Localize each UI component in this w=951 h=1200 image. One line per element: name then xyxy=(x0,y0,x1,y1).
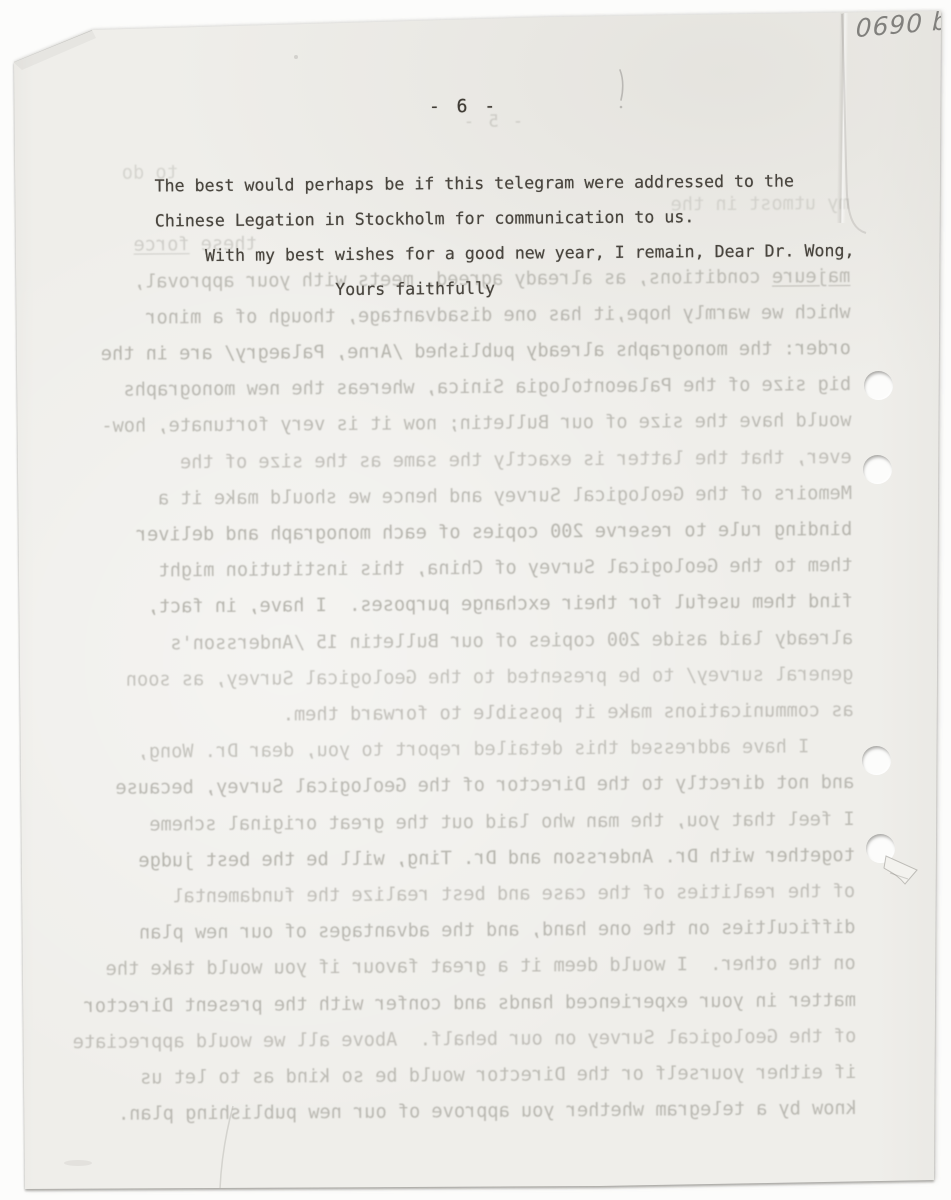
speck xyxy=(756,3,759,6)
text-line: Yours faithfully xyxy=(155,268,855,308)
page-content: - 5 - to domy utmost in the these forcem… xyxy=(0,0,951,1200)
scanned-document-background: - 5 - to domy utmost in the these forcem… xyxy=(0,0,951,1200)
paper-shadow: - 5 - to domy utmost in the these forcem… xyxy=(0,0,951,1200)
text-line: With my best wishes for a good new year,… xyxy=(155,233,855,273)
letter-body-text: The best would perhaps be if this telegr… xyxy=(154,163,854,308)
speck xyxy=(3,237,6,240)
typed-text-layer: - 6 - The best would perhaps be if this … xyxy=(0,0,951,1200)
text-line: Chinese Legation in Stockholm for commun… xyxy=(155,198,855,238)
speck xyxy=(4,167,8,171)
punch-hole xyxy=(864,371,893,400)
punch-hole xyxy=(863,455,892,484)
page-number: - 6 - xyxy=(429,96,498,119)
punch-hole xyxy=(862,746,891,775)
text-line: The best would perhaps be if this telegr… xyxy=(154,163,854,203)
punch-hole xyxy=(866,834,895,863)
letter-page: - 5 - to domy utmost in the these forcem… xyxy=(0,0,951,1200)
